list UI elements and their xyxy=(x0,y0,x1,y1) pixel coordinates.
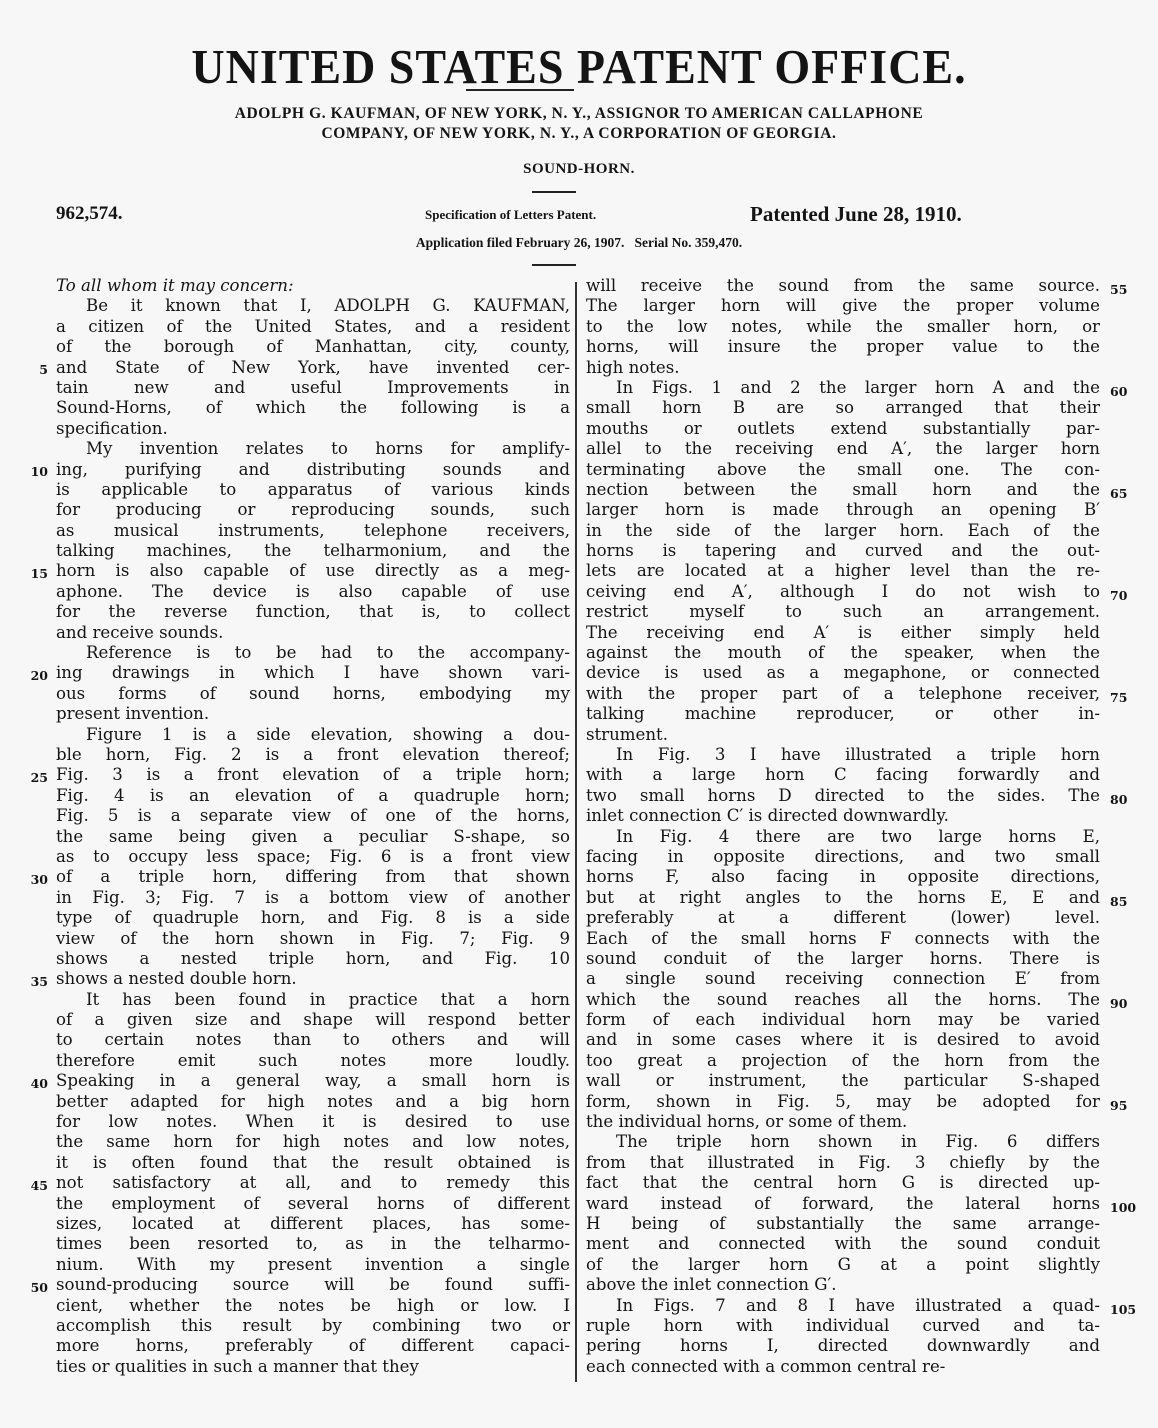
line-number: 85 xyxy=(1110,894,1127,909)
text-line: Figure 1 is a side elevation, showing a … xyxy=(56,725,570,745)
line-number: 40 xyxy=(22,1076,48,1091)
subject-rule xyxy=(532,191,576,193)
line-number: 25 xyxy=(22,770,48,785)
line-number: 15 xyxy=(22,566,48,581)
text-line: In Fig. 3 I have illustrated a triple ho… xyxy=(586,745,1100,765)
text-line: ble horn, Fig. 2 is a front elevation th… xyxy=(56,745,570,765)
text-line: To all whom it may concern: xyxy=(56,276,570,296)
text-line: The triple horn shown in Fig. 6 differs xyxy=(586,1132,1100,1152)
text-line: The larger horn will give the proper vol… xyxy=(586,296,1100,316)
text-line: In Figs. 7 and 8 I have illustrated a qu… xyxy=(586,1296,1100,1316)
text-line: to certain notes than to others and will xyxy=(56,1030,570,1050)
text-line: mouths or outlets extend substantially p… xyxy=(586,419,1100,439)
text-line: pering horns I, directed downwardly and xyxy=(586,1336,1100,1356)
text-line: device is used as a megaphone, or connec… xyxy=(586,663,1100,683)
spec-label: Specification of Letters Patent. xyxy=(425,207,596,223)
left-column: To all whom it may concern:Be it known t… xyxy=(56,276,570,1377)
text-line: of the larger horn G at a point slightly xyxy=(586,1255,1100,1275)
text-line: H being of substantially the same arrang… xyxy=(586,1214,1100,1234)
text-line: the individual horns, or some of them. xyxy=(586,1112,1100,1132)
text-line: it is often found that the result obtain… xyxy=(56,1153,570,1173)
text-line: restrict myself to such an arrangement. xyxy=(586,602,1100,622)
text-line: facing in opposite directions, and two s… xyxy=(586,847,1100,867)
text-line: too great a projection of the horn from … xyxy=(586,1051,1100,1071)
line-number: 100 xyxy=(1110,1200,1136,1215)
application-line: Application filed February 26, 1907. Ser… xyxy=(0,235,1158,251)
text-line: cient, whether the notes be high or low.… xyxy=(56,1296,570,1316)
text-line: preferably at a different (lower) level. xyxy=(586,908,1100,928)
assignor-line-1: ADOLPH G. KAUFMAN, OF NEW YORK, N. Y., A… xyxy=(0,104,1158,124)
text-line: ous forms of sound horns, embodying my xyxy=(56,684,570,704)
line-number: 10 xyxy=(22,464,48,479)
text-line: ties or qualities in such a manner that … xyxy=(56,1357,570,1377)
text-line: better adapted for high notes and a big … xyxy=(56,1092,570,1112)
text-line: for low notes. When it is desired to use xyxy=(56,1112,570,1132)
text-line: view of the horn shown in Fig. 7; Fig. 9 xyxy=(56,929,570,949)
assignor-line-2: COMPANY, OF NEW YORK, N. Y., A CORPORATI… xyxy=(0,124,1158,144)
text-line: a citizen of the United States, and a re… xyxy=(56,317,570,337)
line-number: 105 xyxy=(1110,1302,1136,1317)
text-line: Fig. 5 is a separate view of one of the … xyxy=(56,806,570,826)
text-line: specification. xyxy=(56,419,570,439)
text-line: ing drawings in which I have shown vari- xyxy=(56,663,570,683)
text-line: high notes. xyxy=(586,358,1100,378)
text-line: Be it known that I, ADOLPH G. KAUFMAN, xyxy=(56,296,570,316)
text-line: therefore emit such notes more loudly. xyxy=(56,1051,570,1071)
text-line: as to occupy less space; Fig. 6 is a fro… xyxy=(56,847,570,867)
line-number: 90 xyxy=(1110,996,1127,1011)
text-line: of a given size and shape will respond b… xyxy=(56,1010,570,1030)
assignor-block: ADOLPH G. KAUFMAN, OF NEW YORK, N. Y., A… xyxy=(0,104,1158,144)
text-line: allel to the receiving end A′, the large… xyxy=(586,439,1100,459)
line-number: 20 xyxy=(22,668,48,683)
text-line: Fig. 4 is an elevation of a quadruple ho… xyxy=(56,786,570,806)
text-line: with a large horn C facing forwardly and xyxy=(586,765,1100,785)
text-line: talking machine reproducer, or other in- xyxy=(586,704,1100,724)
text-line: The receiving end A′ is either simply he… xyxy=(586,623,1100,643)
line-number: 30 xyxy=(22,872,48,887)
text-line: type of quadruple horn, and Fig. 8 is a … xyxy=(56,908,570,928)
line-number: 60 xyxy=(1110,384,1127,399)
line-number: 45 xyxy=(22,1178,48,1193)
line-number: 70 xyxy=(1110,588,1127,603)
text-line: above the inlet connection G′. xyxy=(586,1275,1100,1295)
text-line: larger horn is made through an opening B… xyxy=(586,500,1100,520)
text-line: and in some cases where it is desired to… xyxy=(586,1030,1100,1050)
text-line: of a triple horn, differing from that sh… xyxy=(56,867,570,887)
text-line: times been resorted to, as in the telhar… xyxy=(56,1234,570,1254)
text-line: in the side of the larger horn. Each of … xyxy=(586,521,1100,541)
text-line: horn is also capable of use directly as … xyxy=(56,561,570,581)
text-line: but at right angles to the horns E, E an… xyxy=(586,888,1100,908)
text-line: for producing or reproducing sounds, suc… xyxy=(56,500,570,520)
text-line: Each of the small horns F connects with … xyxy=(586,929,1100,949)
text-line: sound conduit of the larger horns. There… xyxy=(586,949,1100,969)
line-number: 75 xyxy=(1110,690,1127,705)
text-line: not satisfactory at all, and to remedy t… xyxy=(56,1173,570,1193)
line-number: 50 xyxy=(22,1280,48,1295)
text-line: form, shown in Fig. 5, may be adopted fo… xyxy=(586,1092,1100,1112)
text-line: the same horn for high notes and low not… xyxy=(56,1132,570,1152)
text-line: with the proper part of a telephone rece… xyxy=(586,684,1100,704)
text-line: as musical instruments, telephone receiv… xyxy=(56,521,570,541)
title-rule xyxy=(466,89,574,91)
line-number: 65 xyxy=(1110,486,1127,501)
text-line: sound-producing source will be found suf… xyxy=(56,1275,570,1295)
text-line: sizes, located at different places, has … xyxy=(56,1214,570,1234)
text-line: two small horns D directed to the sides.… xyxy=(586,786,1100,806)
text-line: present invention. xyxy=(56,704,570,724)
text-line: aphone. The device is also capable of us… xyxy=(56,582,570,602)
text-line: strument. xyxy=(586,725,1100,745)
text-line: horns F, also facing in opposite directi… xyxy=(586,867,1100,887)
text-line: of the borough of Manhattan, city, count… xyxy=(56,337,570,357)
line-number: 55 xyxy=(1110,282,1127,297)
line-number: 95 xyxy=(1110,1098,1127,1113)
patent-subject: SOUND-HORN. xyxy=(0,161,1158,178)
text-line: tain new and useful Improvements in xyxy=(56,378,570,398)
text-line: wall or instrument, the particular S-sha… xyxy=(586,1071,1100,1091)
text-line: Speaking in a general way, a small horn … xyxy=(56,1071,570,1091)
text-line: more horns, preferably of different capa… xyxy=(56,1336,570,1356)
text-line: which the sound reaches all the horns. T… xyxy=(586,990,1100,1010)
text-line: inlet connection C′ is directed downward… xyxy=(586,806,1100,826)
text-line: each connected with a common central re- xyxy=(586,1357,1100,1377)
text-line: form of each individual horn may be vari… xyxy=(586,1010,1100,1030)
text-line: horns is tapering and curved and the out… xyxy=(586,541,1100,561)
text-line: ing, purifying and distributing sounds a… xyxy=(56,460,570,480)
text-line: ceiving end A′, although I do not wish t… xyxy=(586,582,1100,602)
text-line: accomplish this result by combining two … xyxy=(56,1316,570,1336)
text-line: a single sound receiving connection E′ f… xyxy=(586,969,1100,989)
text-line: small horn B are so arranged that their xyxy=(586,398,1100,418)
text-line: lets are located at a higher level than … xyxy=(586,561,1100,581)
text-line: the employment of several horns of diffe… xyxy=(56,1194,570,1214)
text-line: nection between the small horn and the xyxy=(586,480,1100,500)
text-line: shows a nested double horn. xyxy=(56,969,570,989)
text-line: nium. With my present invention a single xyxy=(56,1255,570,1275)
text-line: in Fig. 3; Fig. 7 is a bottom view of an… xyxy=(56,888,570,908)
text-line: the same being given a peculiar S-shape,… xyxy=(56,827,570,847)
text-line: and State of New York, have invented cer… xyxy=(56,358,570,378)
line-number: 35 xyxy=(22,974,48,989)
text-line: horns, will insure the proper value to t… xyxy=(586,337,1100,357)
text-line: against the mouth of the speaker, when t… xyxy=(586,643,1100,663)
line-number: 5 xyxy=(22,362,48,377)
text-line: to the low notes, while the smaller horn… xyxy=(586,317,1100,337)
patent-number: 962,574. xyxy=(56,203,123,225)
text-line: from that illustrated in Fig. 3 chiefly … xyxy=(586,1153,1100,1173)
text-line: ward instead of forward, the lateral hor… xyxy=(586,1194,1100,1214)
text-line: Reference is to be had to the accompany- xyxy=(56,643,570,663)
text-line: talking machines, the telharmonium, and … xyxy=(56,541,570,561)
application-rule xyxy=(532,264,576,266)
text-line: and receive sounds. xyxy=(56,623,570,643)
text-line: for the reverse function, that is, to co… xyxy=(56,602,570,622)
text-line: ruple horn with individual curved and ta… xyxy=(586,1316,1100,1336)
text-line: ment and connected with the sound condui… xyxy=(586,1234,1100,1254)
text-line: In Figs. 1 and 2 the larger horn A and t… xyxy=(586,378,1100,398)
text-line: terminating above the small one. The con… xyxy=(586,460,1100,480)
office-title: UNITED STATES PATENT OFFICE. xyxy=(0,39,1158,95)
text-line: Fig. 3 is a front elevation of a triple … xyxy=(56,765,570,785)
right-column: will receive the sound from the same sou… xyxy=(586,276,1100,1377)
column-divider xyxy=(575,282,577,1382)
text-line: It has been found in practice that a hor… xyxy=(56,990,570,1010)
text-line: Sound-Horns, of which the following is a xyxy=(56,398,570,418)
text-line: shows a nested triple horn, and Fig. 10 xyxy=(56,949,570,969)
line-number: 80 xyxy=(1110,792,1127,807)
text-line: My invention relates to horns for amplif… xyxy=(56,439,570,459)
text-line: fact that the central horn G is directed… xyxy=(586,1173,1100,1193)
text-line: will receive the sound from the same sou… xyxy=(586,276,1100,296)
patented-date: Patented June 28, 1910. xyxy=(750,202,962,227)
text-line: is applicable to apparatus of various ki… xyxy=(56,480,570,500)
text-line: In Fig. 4 there are two large horns E, xyxy=(586,827,1100,847)
